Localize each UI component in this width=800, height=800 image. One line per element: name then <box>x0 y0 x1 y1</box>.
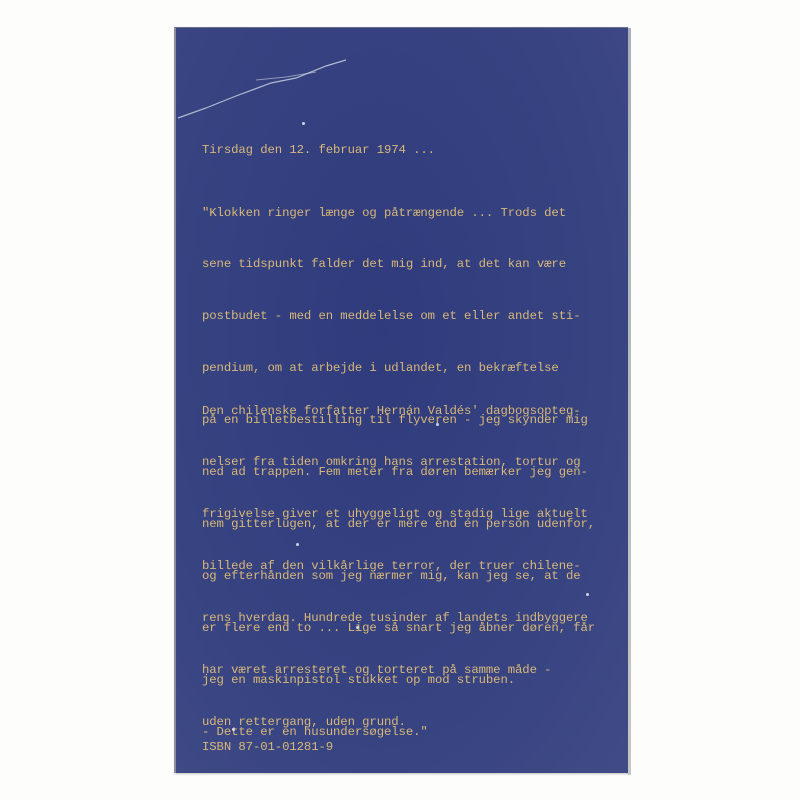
book-back-cover: Tirsdag den 12. februar 1974 ... "Klokke… <box>174 27 628 773</box>
speck <box>232 728 235 731</box>
speck <box>296 543 299 546</box>
date-line: Tirsdag den 12. februar 1974 ... <box>202 142 622 159</box>
speck <box>586 593 589 596</box>
quote-line: postbudet - med en meddelelse om et elle… <box>202 308 622 325</box>
blurb-line: uden rettergang, uden grund. <box>202 714 622 731</box>
speck <box>436 423 439 426</box>
blurb-line: rens hverdag. Hundrede tusinder af lande… <box>202 610 622 627</box>
blurb-line: har været arresteret og torteret på samm… <box>202 662 622 679</box>
quote-line: sene tidspunkt falder det mig ind, at de… <box>202 256 622 273</box>
blurb-paragraph: Den chilenske forfatter Hernán Valdés' d… <box>202 368 622 766</box>
speck <box>356 626 359 629</box>
blurb-line: nelser fra tiden omkring hans arrestatio… <box>202 454 622 471</box>
isbn-label: ISBN 87-01-01281-9 <box>202 739 622 756</box>
quote-line: "Klokken ringer længe og påtrængende ...… <box>202 205 622 222</box>
speck <box>302 122 305 125</box>
blurb-line: Den chilenske forfatter Hernán Valdés' d… <box>202 403 622 420</box>
blurb-line: frigivelse giver et uhyggeligt og stadig… <box>202 506 622 523</box>
blurb-line: billede af den vilkårlige terror, der tr… <box>202 558 622 575</box>
